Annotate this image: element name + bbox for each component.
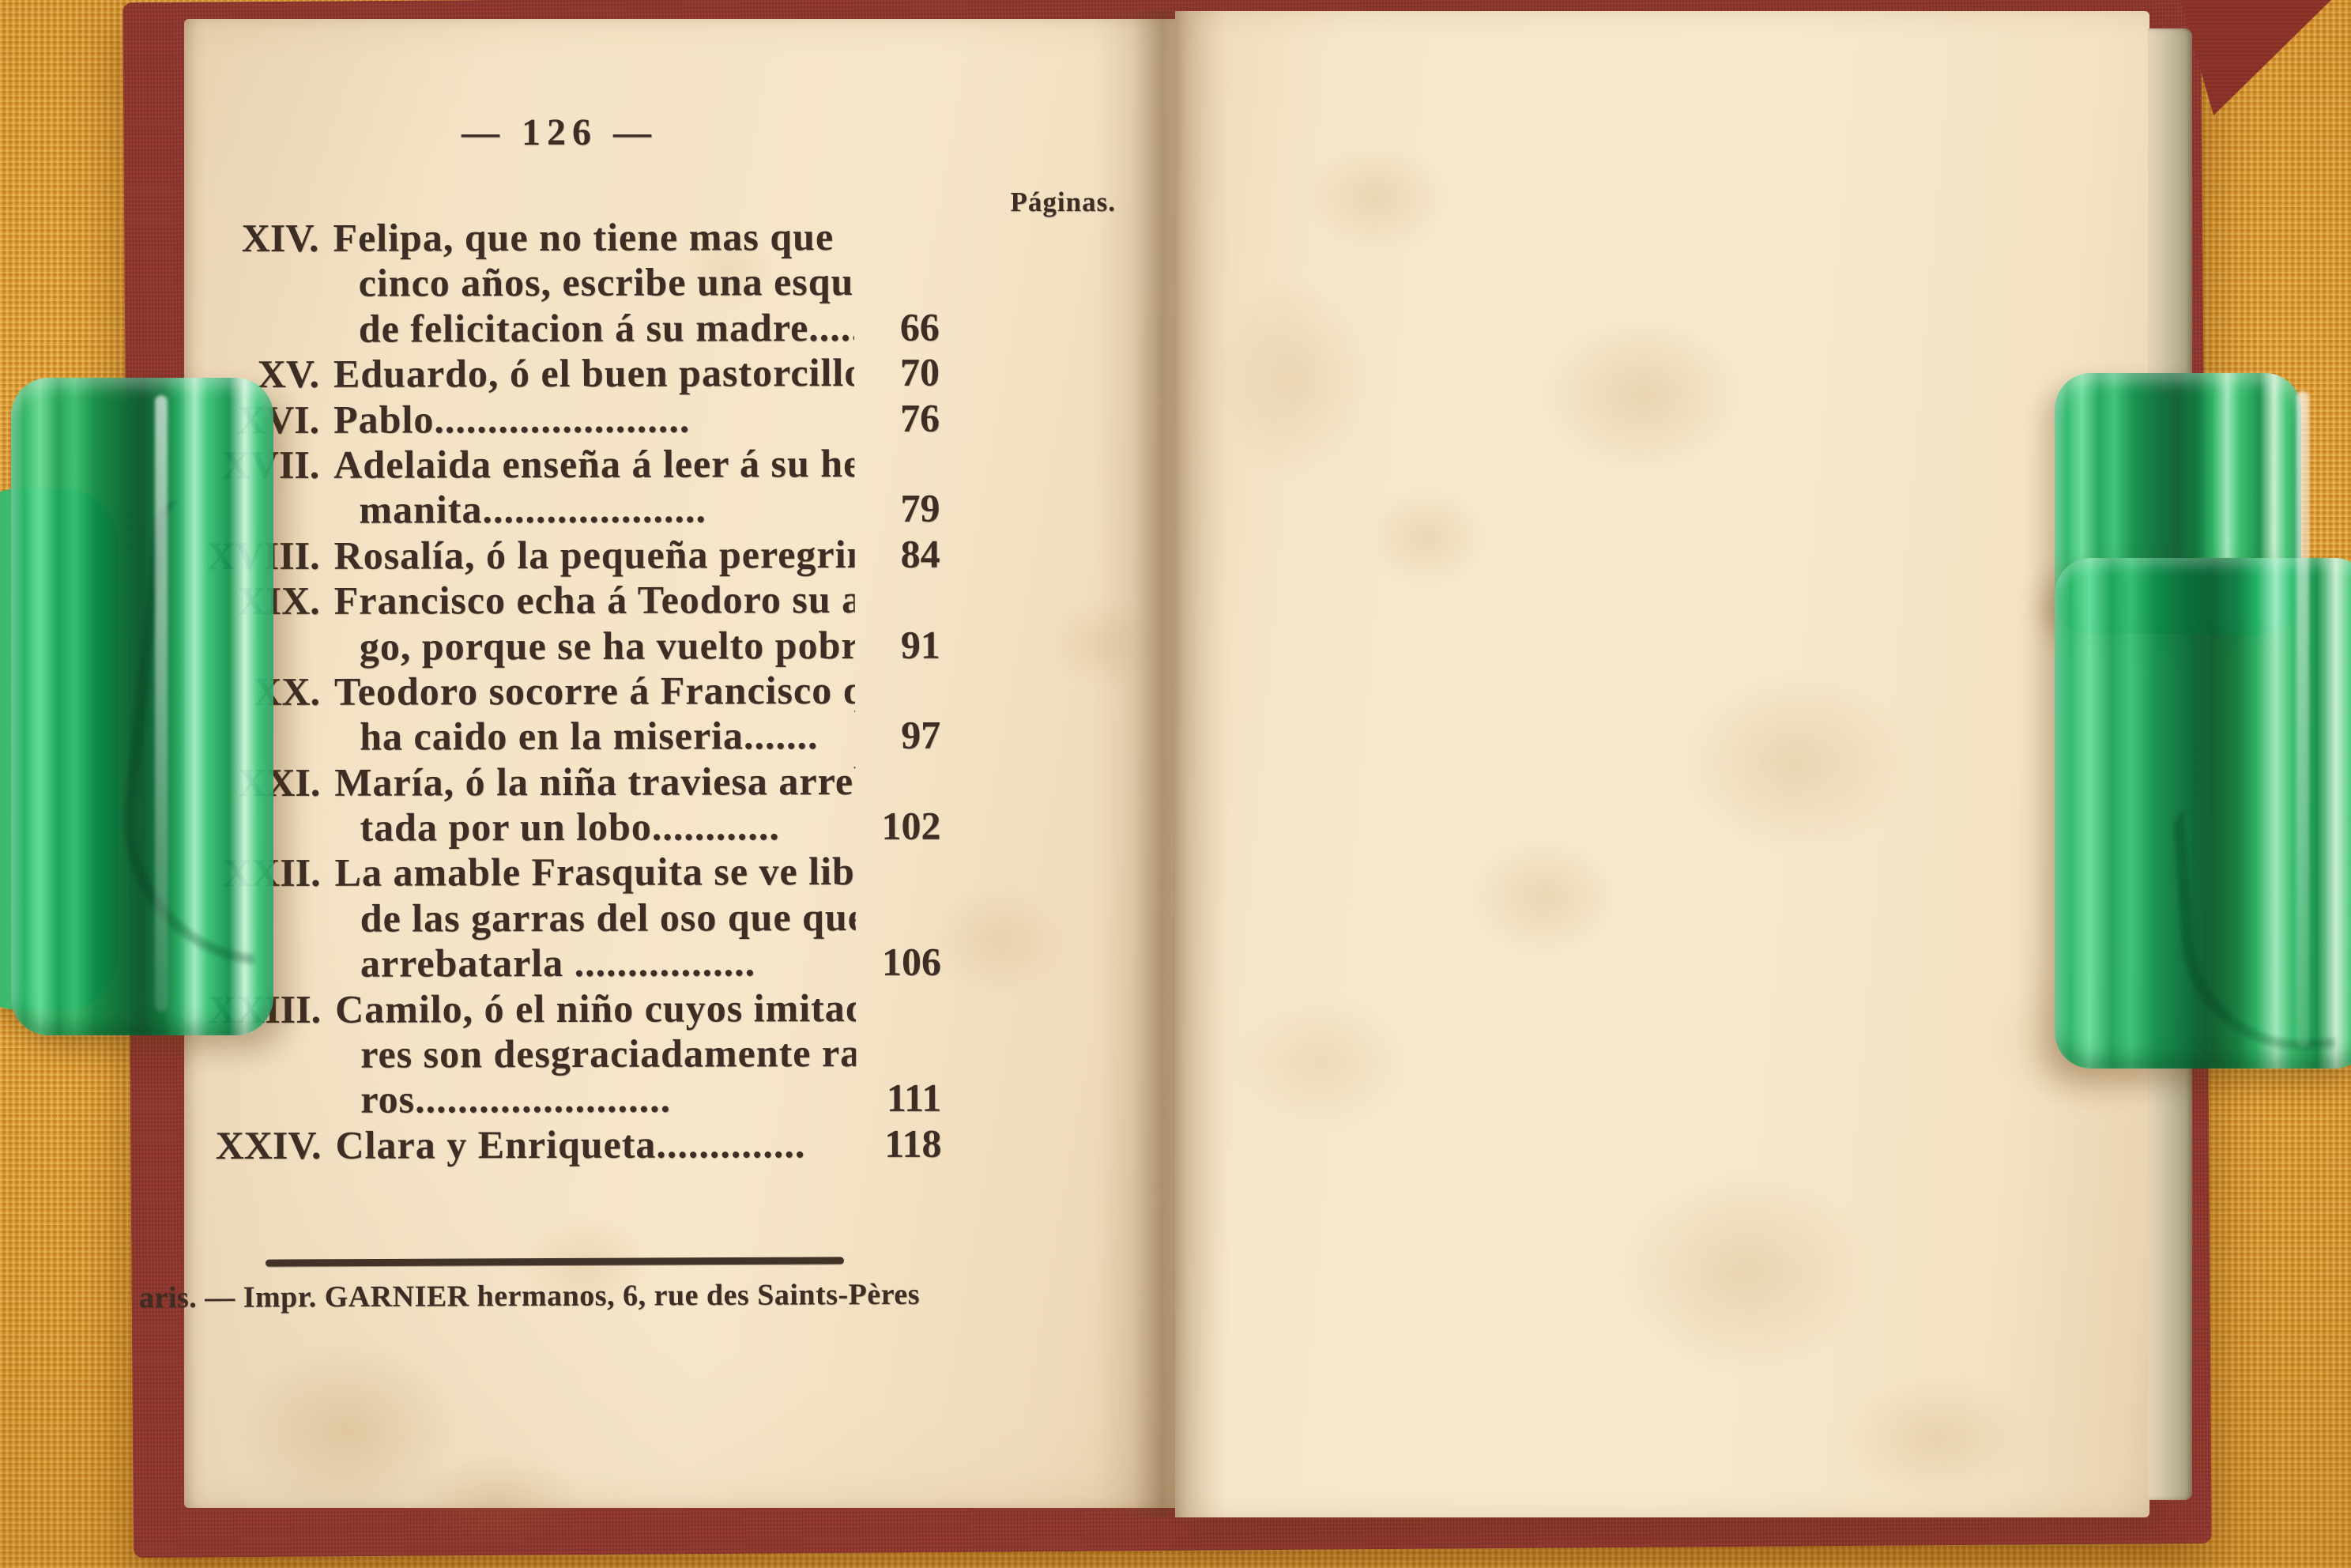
toc-page-number: 97 xyxy=(855,713,940,759)
toc-entry-text: Clara y Enriqueta.............. xyxy=(335,1121,856,1168)
page-block-fore-edge xyxy=(2148,28,2192,1500)
toc-line: ha caido en la miseria....... 97 xyxy=(170,713,940,760)
toc-line: ros........................ 111 xyxy=(171,1076,941,1123)
toc-entry-text: arrebatarla ................. xyxy=(335,940,856,986)
page-header-number: — 126 — xyxy=(338,111,781,154)
toc-entry-text: manita..................... xyxy=(333,486,854,533)
toc-line: XVIII. Rosalía, ó la pequeña peregrina. … xyxy=(169,531,940,579)
toc-page-number: 79 xyxy=(854,486,940,532)
toc-page-number: 66 xyxy=(854,305,940,351)
toc-page-number: 91 xyxy=(855,622,940,668)
toc-roman-numeral xyxy=(171,1113,335,1114)
toc-page-number: 118 xyxy=(856,1121,941,1167)
right-clip-highlight xyxy=(2296,391,2309,1047)
toc-line: go, porque se ha vuelto pobre.. 91 xyxy=(170,622,940,669)
toc-line: XXII. La amable Frasquita se ve libre xyxy=(171,849,941,896)
toc-page-number: 111 xyxy=(856,1076,941,1121)
toc-roman-numeral xyxy=(169,342,333,343)
toc-entry-text: Felipa, que no tiene mas que xyxy=(333,214,853,261)
toc-roman-numeral xyxy=(171,932,335,933)
toc-roman-numeral xyxy=(169,296,333,297)
toc-entry-text: de felicitacion á su madre..... xyxy=(333,305,854,352)
toc-line: XVI. Pablo........................ 76 xyxy=(169,395,940,443)
toc-line: cinco años, escribe una esquela xyxy=(169,259,940,307)
toc-line: arrebatarla ................. 106 xyxy=(171,940,941,987)
toc-roman-numeral xyxy=(171,977,335,978)
toc-line: de felicitacion á su madre..... 66 xyxy=(169,305,940,352)
toc-roman-numeral: XIX. xyxy=(170,579,334,624)
toc-roman-numeral: XVI. xyxy=(169,397,333,443)
toc-entry-text: Eduardo, ó el buen pastorcillo. xyxy=(333,350,854,397)
toc-entry-text: ros........................ xyxy=(335,1076,856,1122)
toc-entry-text: Camilo, ó el niño cuyos imitado- xyxy=(335,986,856,1032)
toc-roman-numeral: XVIII. xyxy=(169,533,333,579)
toc-page-number: 76 xyxy=(854,395,940,441)
toc-entry-text: res son desgraciadamente ra- xyxy=(335,1031,856,1077)
toc-line: XVII. Adelaida enseña á leer á su her- xyxy=(169,441,940,488)
toc-line: XXI. María, ó la niña traviesa arreba- xyxy=(170,758,940,805)
toc-roman-numeral: XX. xyxy=(170,669,334,715)
toc-page-number: 84 xyxy=(854,531,940,577)
toc-line: XIX. Francisco echa á Teodoro su ami- xyxy=(170,577,940,624)
toc-roman-numeral: XXIV. xyxy=(171,1123,335,1169)
right-page xyxy=(1175,11,2149,1517)
toc-entry-text: María, ó la niña traviesa arreba- xyxy=(334,759,855,805)
toc-roman-numeral: XXIII. xyxy=(171,986,335,1032)
toc-line: manita..................... 79 xyxy=(169,486,940,533)
left-clip-highlight xyxy=(155,395,168,1012)
toc-line: XXIII. Camilo, ó el niño cuyos imitado- xyxy=(171,985,941,1032)
toc-roman-numeral xyxy=(169,523,333,524)
toc-line: de las garras del oso que queria xyxy=(171,895,941,942)
toc-roman-numeral xyxy=(170,841,334,842)
toc-roman-numeral xyxy=(170,659,334,660)
toc-entry-text: Rosalía, ó la pequeña peregrina. xyxy=(333,532,854,579)
toc-entry-text: Francisco echa á Teodoro su ami- xyxy=(334,577,855,624)
toc-roman-numeral: XVII. xyxy=(169,443,333,488)
toc-line: XX. Teodoro socorre á Francisco que xyxy=(170,668,940,715)
toc-entry-text: ha caido en la miseria....... xyxy=(334,713,855,759)
toc-entry-text: Pablo........................ xyxy=(333,396,854,443)
toc-page-number: 106 xyxy=(856,940,941,986)
toc-roman-numeral: XV. xyxy=(169,352,333,398)
book-photo: — 126 — Páginas. XIV. Felipa, que no tie… xyxy=(0,0,2351,1568)
toc-line: XXIV. Clara y Enriqueta.............. 11… xyxy=(171,1121,941,1169)
toc-roman-numeral xyxy=(171,1068,335,1069)
toc-entry-text: La amable Frasquita se ve libre xyxy=(335,849,856,895)
toc-entry-text: go, porque se ha vuelto pobre.. xyxy=(334,623,855,669)
toc-line: XIV. Felipa, que no tiene mas que xyxy=(168,214,939,262)
toc-page-number: 102 xyxy=(855,804,940,850)
toc-entry-text: Adelaida enseña á leer á su her- xyxy=(333,441,854,488)
toc-entry-text: Teodoro socorre á Francisco que xyxy=(334,668,855,714)
toc-line: XV. Eduardo, ó el buen pastorcillo. 70 xyxy=(169,350,940,398)
toc-entry-text: tada por un lobo............ xyxy=(334,804,855,850)
toc-line: res son desgraciadamente ra- xyxy=(171,1031,941,1078)
toc-page-number: 70 xyxy=(854,350,940,396)
toc-line: tada por un lobo............ 102 xyxy=(170,804,940,851)
toc-roman-numeral: XXII. xyxy=(171,850,335,896)
imprint-text: aris. — Impr. GARNIER hermanos, 6, rue d… xyxy=(119,1277,940,1316)
toc-entry-text: de las garras del oso que queria xyxy=(335,895,856,941)
table-of-contents: XIV. Felipa, que no tiene mas que cinco … xyxy=(168,214,941,1169)
toc-roman-numeral xyxy=(170,750,334,751)
toc-roman-numeral: XIV. xyxy=(168,216,333,262)
toc-roman-numeral: XXI. xyxy=(170,759,334,805)
toc-entry-text: cinco años, escribe una esquela xyxy=(333,259,854,306)
